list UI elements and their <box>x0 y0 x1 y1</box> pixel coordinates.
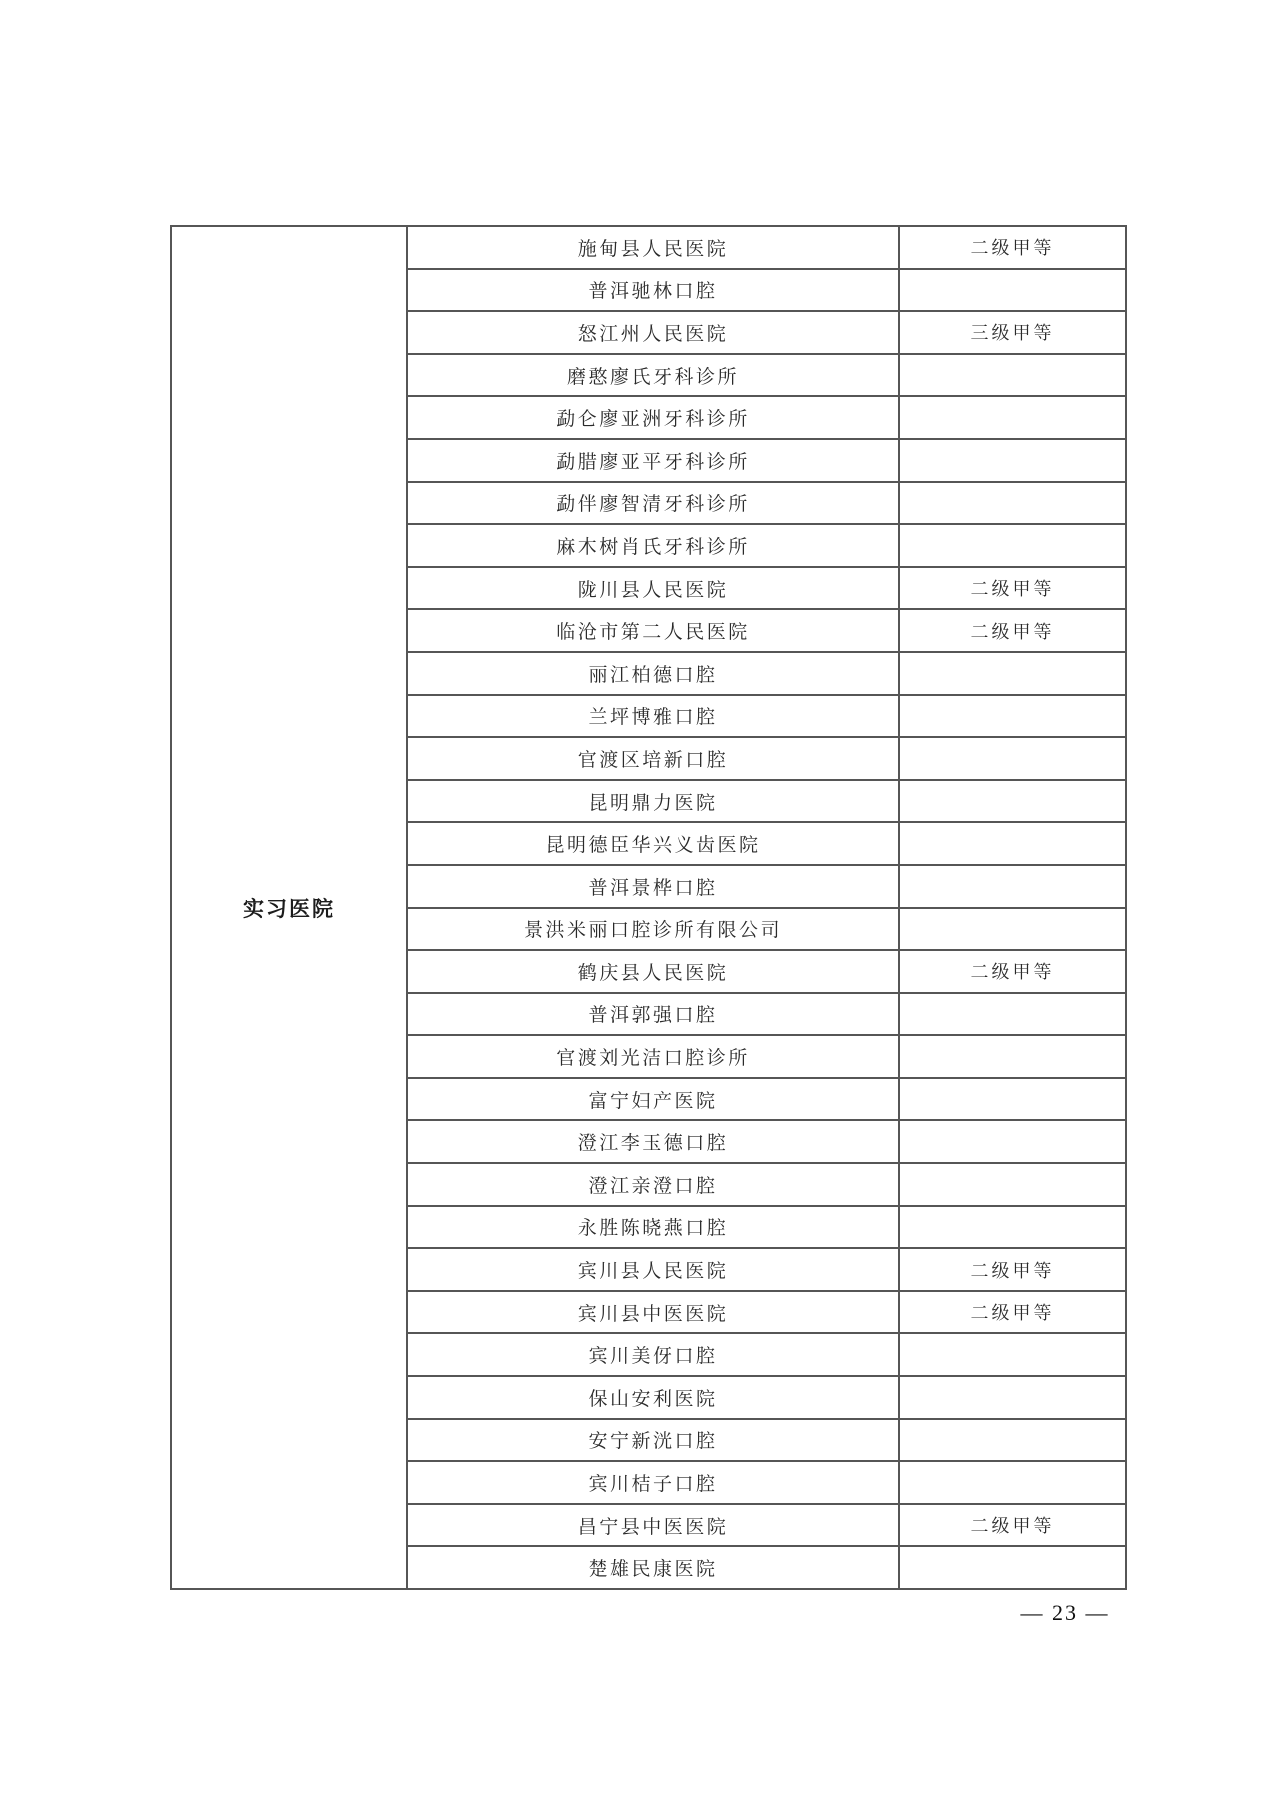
hospital-grade-cell <box>899 396 1126 439</box>
hospital-name-cell: 怒江州人民医院 <box>407 311 899 354</box>
hospital-grade-cell <box>899 993 1126 1036</box>
hospital-name-cell: 保山安利医院 <box>407 1376 899 1419</box>
hospital-grade-cell: 二级甲等 <box>899 609 1126 652</box>
hospital-name-cell: 勐伴廖智清牙科诊所 <box>407 482 899 525</box>
hospital-name-cell: 陇川县人民医院 <box>407 567 899 610</box>
hospital-grade-cell <box>899 482 1126 525</box>
hospital-name-cell: 澄江李玉德口腔 <box>407 1120 899 1163</box>
hospital-name-cell: 官渡区培新口腔 <box>407 737 899 780</box>
hospital-name-cell: 安宁新洸口腔 <box>407 1419 899 1462</box>
hospital-grade-cell <box>899 1333 1126 1376</box>
hospital-grade-cell: 二级甲等 <box>899 1291 1126 1334</box>
hospital-grade-cell <box>899 908 1126 951</box>
hospital-grade-cell <box>899 1120 1126 1163</box>
hospital-grade-cell: 二级甲等 <box>899 1504 1126 1547</box>
hospital-grade-cell <box>899 822 1126 865</box>
hospital-grade-cell <box>899 439 1126 482</box>
table-row: 实习医院施甸县人民医院 二级甲等 <box>171 226 1126 269</box>
hospital-name-cell: 勐腊廖亚平牙科诊所 <box>407 439 899 482</box>
hospital-name-cell: 官渡刘光洁口腔诊所 <box>407 1035 899 1078</box>
hospital-name-cell: 鹤庆县人民医院 <box>407 950 899 993</box>
hospital-name-cell: 临沧市第二人民医院 <box>407 609 899 652</box>
hospital-grade-cell: 二级甲等 <box>899 1248 1126 1291</box>
hospital-name-cell: 永胜陈晓燕口腔 <box>407 1206 899 1249</box>
hospital-name-cell: 麻木树肖氏牙科诊所 <box>407 524 899 567</box>
table-body: 实习医院施甸县人民医院 二级甲等 普洱驰林口腔 怒江州人民医院 三级甲等 磨憨廖… <box>171 226 1126 1589</box>
hospital-name-cell: 昆明德臣华兴义齿医院 <box>407 822 899 865</box>
hospital-name-cell: 澄江亲澄口腔 <box>407 1163 899 1206</box>
hospital-name-cell: 景洪米丽口腔诊所有限公司 <box>407 908 899 951</box>
hospital-grade-cell <box>899 524 1126 567</box>
hospital-name-cell: 楚雄民康医院 <box>407 1546 899 1589</box>
category-label-cell: 实习医院 <box>171 226 407 1589</box>
hospital-grade-cell <box>899 1163 1126 1206</box>
hospital-grade-cell <box>899 1419 1126 1462</box>
hospital-name-cell: 兰坪博雅口腔 <box>407 695 899 738</box>
hospital-name-cell: 磨憨廖氏牙科诊所 <box>407 354 899 397</box>
hospital-grade-cell: 二级甲等 <box>899 226 1126 269</box>
hospital-grade-cell: 二级甲等 <box>899 950 1126 993</box>
internship-hospitals-table: 实习医院施甸县人民医院 二级甲等 普洱驰林口腔 怒江州人民医院 三级甲等 磨憨廖… <box>170 225 1127 1590</box>
hospital-grade-cell <box>899 1546 1126 1589</box>
hospital-name-cell: 昆明鼎力医院 <box>407 780 899 823</box>
hospital-grade-cell <box>899 780 1126 823</box>
hospital-grade-cell <box>899 1461 1126 1504</box>
hospital-grade-cell <box>899 1376 1126 1419</box>
hospital-name-cell: 普洱驰林口腔 <box>407 269 899 312</box>
hospital-grade-cell: 二级甲等 <box>899 567 1126 610</box>
hospital-name-cell: 昌宁县中医医院 <box>407 1504 899 1547</box>
document-page: 实习医院施甸县人民医院 二级甲等 普洱驰林口腔 怒江州人民医院 三级甲等 磨憨廖… <box>0 0 1280 1809</box>
hospital-grade-cell <box>899 865 1126 908</box>
hospital-grade-cell <box>899 695 1126 738</box>
hospital-name-cell: 勐仑廖亚洲牙科诊所 <box>407 396 899 439</box>
hospital-name-cell: 富宁妇产医院 <box>407 1078 899 1121</box>
hospital-grade-cell <box>899 269 1126 312</box>
hospital-grade-cell <box>899 1035 1126 1078</box>
hospital-name-cell: 普洱景桦口腔 <box>407 865 899 908</box>
hospital-grade-cell <box>899 652 1126 695</box>
hospital-grade-cell <box>899 1206 1126 1249</box>
hospital-grade-cell <box>899 737 1126 780</box>
hospital-name-cell: 丽江柏德口腔 <box>407 652 899 695</box>
hospital-name-cell: 普洱郭强口腔 <box>407 993 899 1036</box>
page-number: — 23 — <box>1000 1600 1130 1626</box>
hospital-name-cell: 施甸县人民医院 <box>407 226 899 269</box>
hospital-grade-cell: 三级甲等 <box>899 311 1126 354</box>
hospital-name-cell: 宾川美伢口腔 <box>407 1333 899 1376</box>
hospital-name-cell: 宾川县中医医院 <box>407 1291 899 1334</box>
hospital-grade-cell <box>899 1078 1126 1121</box>
hospital-name-cell: 宾川县人民医院 <box>407 1248 899 1291</box>
hospital-grade-cell <box>899 354 1126 397</box>
hospital-name-cell: 宾川桔子口腔 <box>407 1461 899 1504</box>
